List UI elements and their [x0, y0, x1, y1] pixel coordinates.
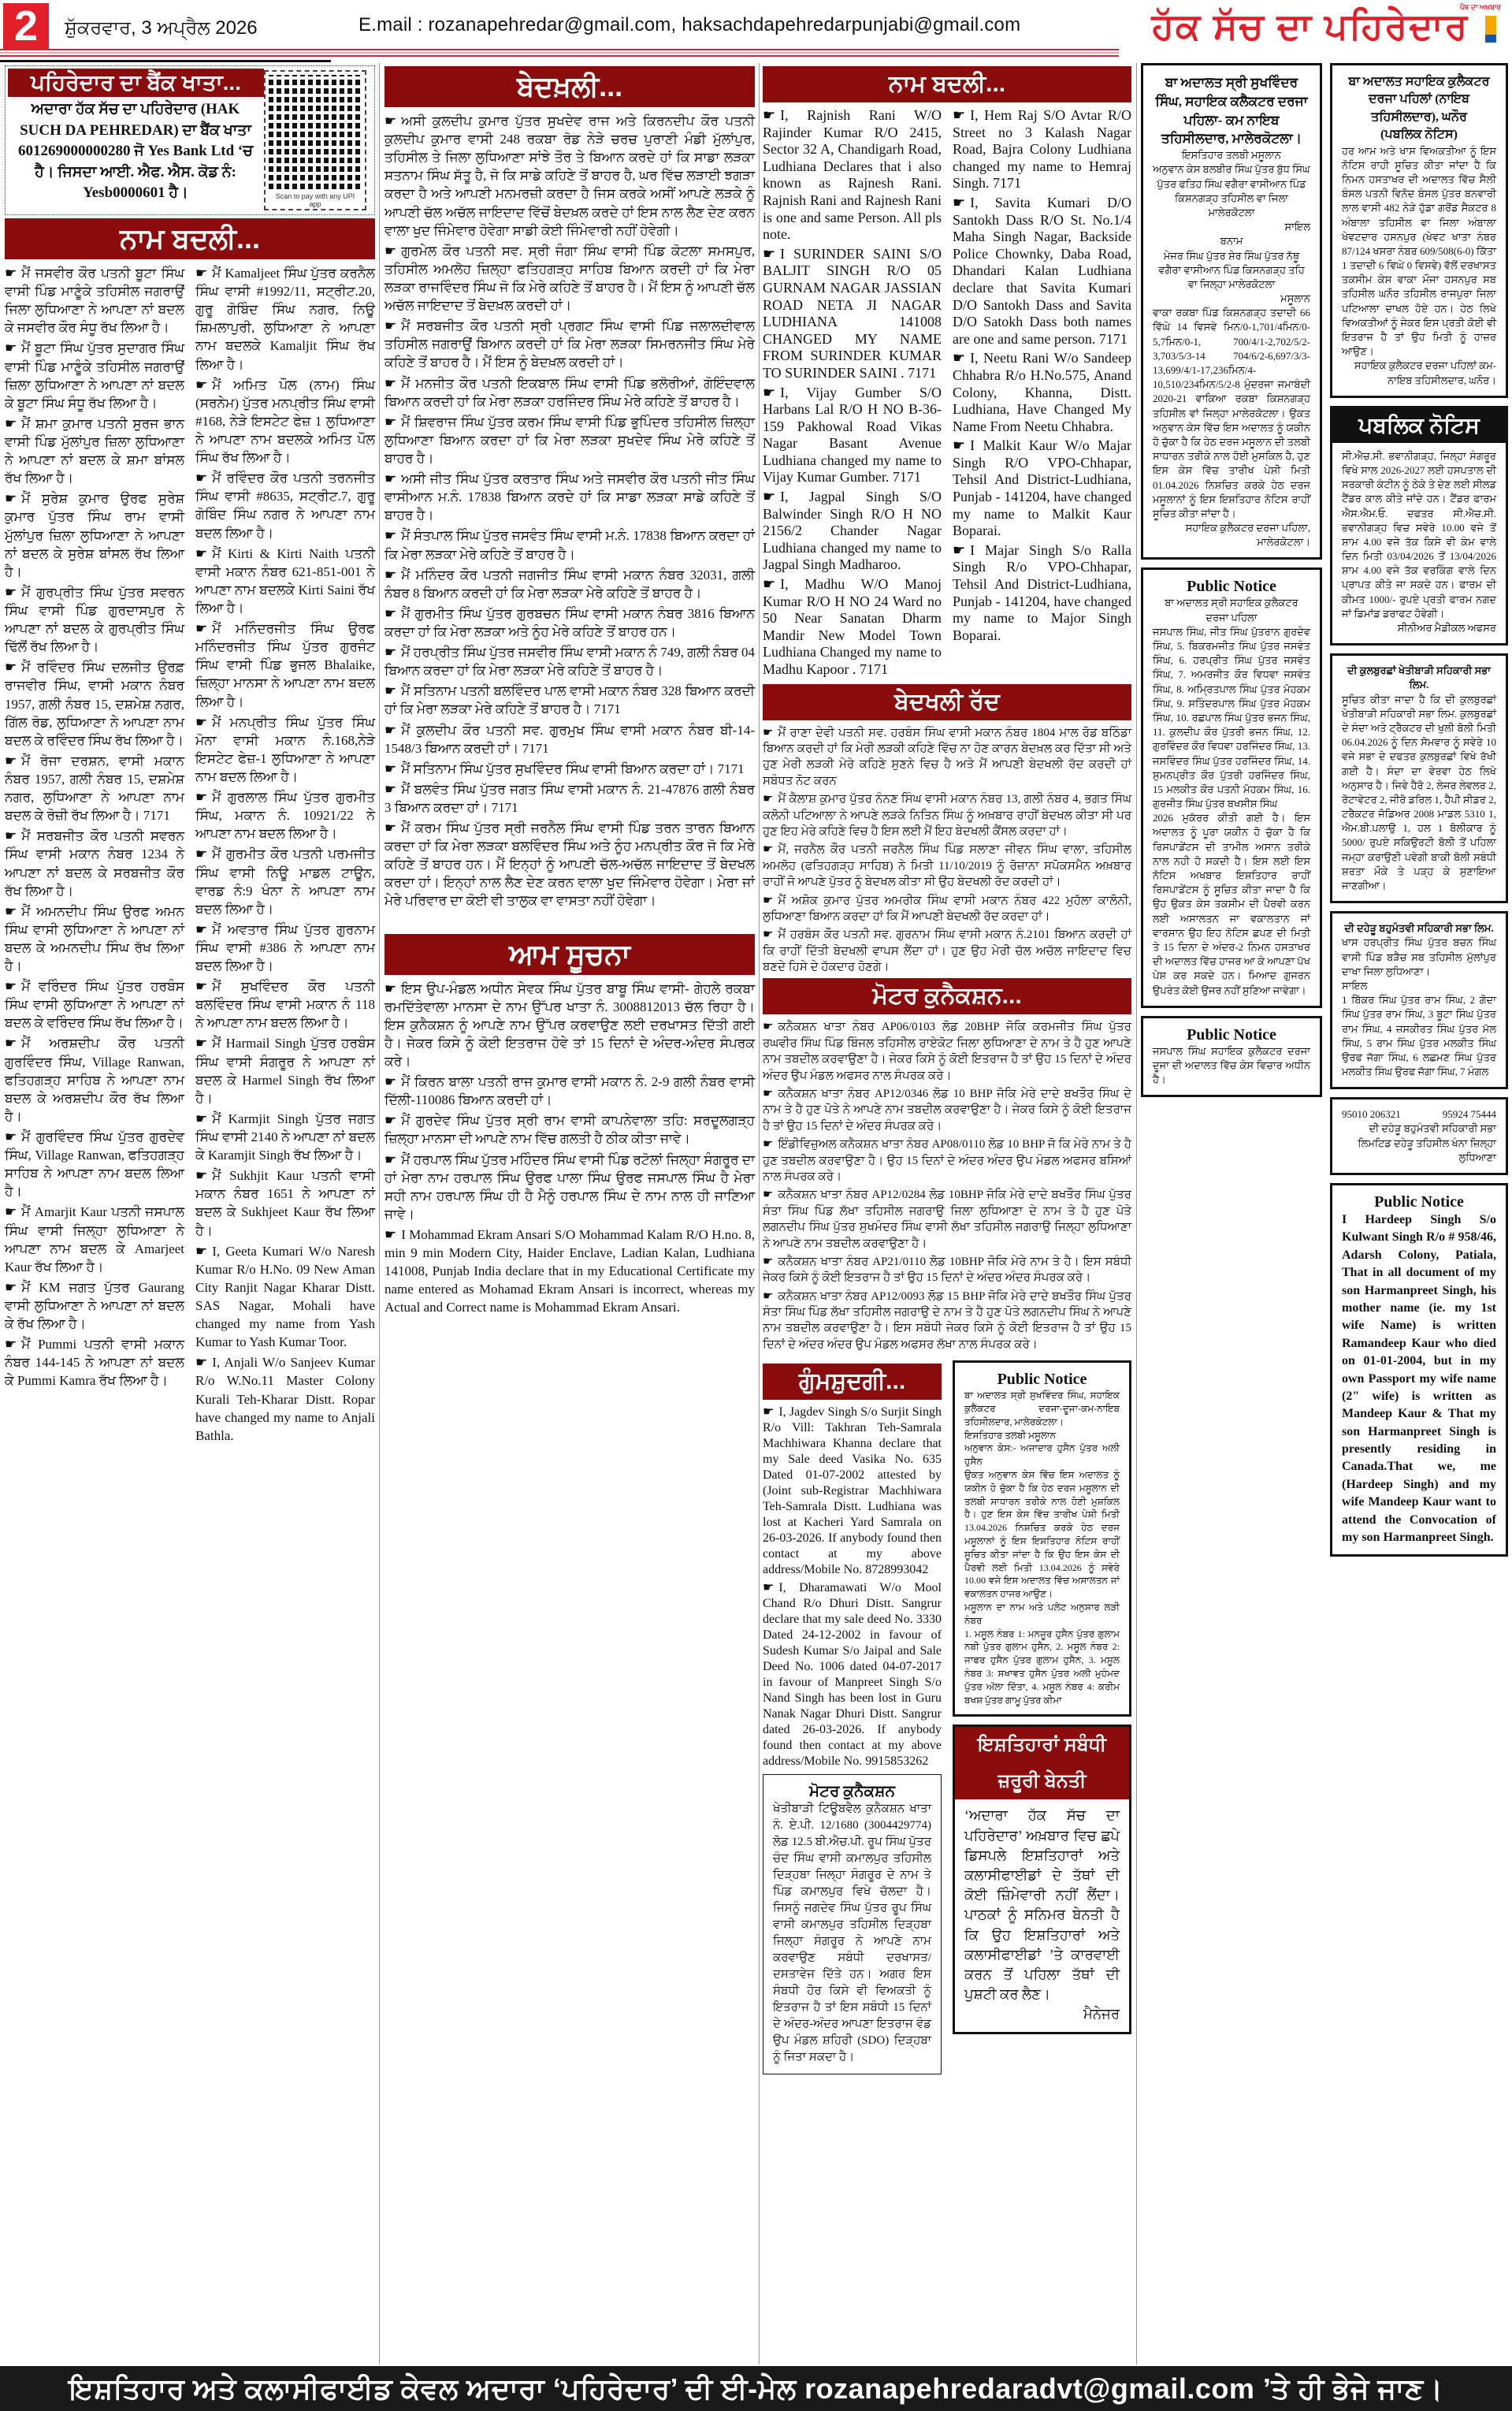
list-item: ☛ਮੈਂ ਗੁਰਲਾਲ ਸਿੰਘ ਪੁੱਤਰ ਗੁਰਮੀਤ ਸਿੰਘ, ਮਕਾਨ… — [195, 788, 375, 843]
name-change-list-left: ☛ਮੈਂ ਜਸਵੀਰ ਕੌਰ ਪਤਨੀ ਬੂਟਾ ਸਿੰਘ ਵਾਸੀ ਪਿੰਡ … — [5, 264, 184, 1447]
list-item: ☛ਮੈਂ ਬੂਟਾ ਸਿੰਘ ਪੁੱਤਰ ਸੁਦਾਗਰ ਸਿੰਘ ਵਾਸੀ ਪਿ… — [5, 339, 184, 411]
motor-connection-notice-box: ਮੋਟਰ ਕੁਨੈਕਸ਼ਨ ਖੇਤੀਬਾੜੀ ਟਿਊਬਵੈਲ ਕੁਨੈਕਸ਼ਨ … — [763, 1774, 942, 2074]
pointing-hand-icon: ☛ — [195, 1168, 207, 1183]
court-notice-malerkotla: ਬਾ ਅਦਾਲਤ ਸ੍ਰੀ ਸੁਖਵਿੰਦਰ ਸਿੰਘ, ਸਹਾਇਕ ਕਲੈਕਟ… — [1141, 63, 1322, 560]
list-item: ☛ਅਸੀ ਜੀਤ ਸਿੰਘ ਪੁੱਤਰ ਕਰਤਾਰ ਸਿੰਘ ਅਤੇ ਜਸਵੀਰ… — [385, 470, 755, 524]
list-item: ☛ਮੈਂ Harmail Singh ਪੁੱਤਰ ਹਰਬੰਸ ਸਿੰਘ ਵਾਸੀ… — [195, 1034, 375, 1107]
item-text: I, Hem Raj S/O Avtar R/O Street no 3 Kal… — [953, 107, 1131, 191]
item-text: I, Savita Kumari D/O Santokh Dass R/O St… — [953, 195, 1131, 347]
item-text: ਮੈਂ ਗੁਰਵਿੰਦਰ ਸਿੰਘ ਪੁੱਤਰ ਗੁਰਦੇਵ ਸਿੰਘ, Vil… — [5, 1129, 184, 1199]
list-item: ☛ਮੈਂ ਸ਼ਮਾ ਕੁਮਾਰ ਪਤਨੀ ਸੁਰਜ ਭਾਨ ਵਾਸੀ ਪਿੰਡ … — [5, 415, 184, 487]
pointing-hand-icon: ☛ — [5, 753, 17, 768]
pointing-hand-icon: ☛ — [763, 843, 773, 856]
notice-case: ਅਨੁਵਾਨ ਕੇਸ ਬਲਬੀਰ ਸਿੰਘ ਪੁੱਤਰ ਬੁੱਧ ਸਿੰਘ ਪੁ… — [1153, 162, 1310, 220]
item-text: I, Jagpal Singh S/O Balwinder Singh R/O … — [763, 489, 942, 572]
notice-line: ਉਕਤ ਅਨੁਵਾਨ ਕੇਸ ਵਿੱਚ ਇਸ ਅਦਾਲਤ ਨੂੰ ਯਕੀਨ ਹੋ… — [964, 1468, 1120, 1601]
list-item: ☛I, Geeta Kumari W/o Naresh Kumar R/o H.… — [195, 1242, 375, 1352]
column-divider — [759, 63, 760, 2364]
pointing-hand-icon: ☛ — [5, 1036, 17, 1051]
auction-notice: ਦੀ ਕੁਲਬੁਰਛਾਂ ਖੇਤੀਬਾੜੀ ਸਹਿਕਾਰੀ ਸਭਾ ਲਿਮ. ਸ… — [1330, 653, 1508, 903]
list-item: ☛I, Jagpal Singh S/O Balwinder Singh R/O… — [763, 489, 942, 574]
list-item: ☛ਕਨੈਕਸ਼ਨ ਖਾਤਾ ਨੰਬਰ AP21/0110 ਲੋਡ 10BHP ਜ… — [763, 1254, 1131, 1286]
item-text: ਮੈਂ ਸੁਖਵਿੰਦਰ ਕੌਰ ਪਤਨੀ ਬਲਵਿੰਦਰ ਸਿੰਘ ਵਾਸੀ … — [195, 979, 375, 1030]
list-item: ☛ਮੈਂ ਰਵਿੰਦਰ ਕੌਰ ਪਤਨੀ ਤਰਨਜੀਤ ਸਿੰਘ ਵਾਸੀ #8… — [195, 469, 375, 541]
list-item: ☛ਇਸ ਉਪ-ਮੰਡਲ ਅਧੀਨ ਸੇਵਕ ਸਿੰਘ ਪੁੱਤਰ ਬਾਬੂ ਸਿ… — [385, 980, 755, 1071]
item-text: ਮੈਂ ਗੁਰਮੀਤ ਸਿੰਘ ਪੁੱਤਰ ਗੁਰਬਚਨ ਸਿੰਘ ਵਾਸੀ ਮ… — [385, 606, 755, 639]
item-text: I, Neetu Rani W/o Sandeep Chhabra R/o H.… — [953, 350, 1131, 433]
item-text: ਮੈਂ ਰਵਿੰਦਰ ਕੌਰ ਪਤਨੀ ਤਰਨਜੀਤ ਸਿੰਘ ਵਾਸੀ #86… — [195, 471, 375, 540]
notice-line: ਮਸੂਲਾਨ ਦਾ ਨਾਮ ਅਤੇ ਪਲੇਟ ਅਨੁਸਾਰ ਲੜੀ ਨੰਬਰ — [964, 1601, 1120, 1628]
item-text: ਕਨੈਕਸ਼ਨ ਖਾਤਾ ਨੰਬਰ AP06/0103 ਲੋਡ 20BHP ਜੋ… — [763, 1021, 1131, 1081]
pointing-hand-icon: ☛ — [385, 1113, 396, 1128]
public-notice-court-2: Public Notice ਜਸਪਾਲ ਸਿੰਘ ਸਹਾਇਕ ਕੁਲੈਕਟਰ ਦ… — [1141, 1016, 1322, 1098]
notice-line: 1. ਮਸੂਲ ਨੰਬਰ 1: ਮਨਜੂਰ ਹੁਸੈਨ ਪੁੱਤਰ ਗੁਲਾਮ … — [964, 1628, 1120, 1707]
pointing-hand-icon: ☛ — [763, 385, 775, 400]
pointing-hand-icon: ☛ — [5, 1337, 17, 1352]
notice-respondents: ਮੇਜਰ ਸਿੰਘ ਪੁੱਤਰ ਸ਼ੇਰ ਸਿੰਘ ਪੁੱਤਰ ਨੱਥੂ ਵਗੈ… — [1153, 249, 1310, 292]
list-item: ☛ਮੈਂ ਅਸ਼ੋਕ ਕੁਮਾਰ ਪੁੱਤਰ ਅਮਰੀਕ ਸਿੰਘ ਵਾਸੀ ਮ… — [763, 893, 1131, 925]
list-item: ☛ਮੈਂ Kamaljeet ਸਿੰਘ ਪੁੱਤਰ ਕਰਨੈਲ ਸਿੰਘ ਵਾਸ… — [195, 264, 375, 374]
pointing-hand-icon: ☛ — [385, 761, 396, 776]
pointing-hand-icon: ☛ — [763, 1581, 774, 1594]
pointing-hand-icon: ☛ — [195, 715, 207, 730]
pointing-hand-icon: ☛ — [5, 660, 17, 675]
notice-line: ਬਾ ਅਦਾਲਤ ਸ੍ਰੀ ਸੁਖਵਿੰਦਰ ਸਿੰਘ, ਸਹਾਇਕ ਕੁਲੈਕ… — [964, 1389, 1120, 1428]
item-text: ਮੈਂ ਕੁਲਦੀਪ ਕੌਰ ਪਤਨੀ ਸਵ. ਗੁਰਮੁਖ ਸਿੰਘ ਵਾਸੀ… — [385, 723, 755, 756]
list-item: ☛I, Savita Kumari D/O Santokh Dass R/O S… — [953, 195, 1131, 348]
khanda-flag-icon — [1485, 16, 1496, 43]
section-header-motor-connection: ਮੋਟਰ ਕੁਨੈਕਸ਼ਨ... — [763, 978, 1131, 1014]
phone-number: 95924 75444 — [1443, 1107, 1496, 1122]
list-item: ☛ਮੈਂ ਹਰਬੰਸ ਕੌਰ ਪਤਨੀ ਸਵ. ਗੁਰਨਾਮ ਸਿੰਘ ਵਾਸੀ… — [763, 927, 1131, 975]
notice-body: ਖਾਸ ਹਰਪ੍ਰੀਤ ਸਿੰਘ ਪੁੱਤਰ ਬਚਨ ਸਿੰਘ ਵਾਸੀ ਪਿੰ… — [1342, 936, 1496, 979]
list-item: ☛ਮੈਂ ਬਲਵੰਤ ਸਿੰਘ ਪੁੱਤਰ ਜਗਤ ਸਿੰਘ ਵਾਸੀ ਮਕਾਨ… — [385, 780, 755, 817]
item-text: ਮੈਂ ਰਵਿੰਦਰ ਸਿੰਘ ਦਲਜੀਤ ਉਰਫ਼ ਰਾਜਵੀਰ ਸਿੰਘ, … — [5, 660, 184, 747]
notice-body: ਵਾਕਾ ਰਕਬਾ ਪਿੰਡ ਕਿਸ਼ਨਗੜ੍ਹ ਤਦਾਦੀ 66 ਵਿੱਘੇ … — [1153, 306, 1310, 521]
list-item: ☛ਮੈਂ ਮਨਿੰਦਰ ਕੌਰ ਪਤਨੀ ਜਗਜੀਤ ਸਿੰਘ ਵਾਸੀ ਮਕਾ… — [385, 566, 755, 602]
pointing-hand-icon: ☛ — [385, 376, 396, 391]
item-text: ਮੈਂ ਮਨਜੀਤ ਕੌਰ ਪਤਨੀ ਇਕਬਾਲ ਸਿੰਘ ਵਾਸੀ ਪਿੰਡ … — [385, 376, 755, 409]
pointing-hand-icon: ☛ — [195, 1244, 207, 1259]
item-text: I, Rajnish Rani W/O Rajinder Kumar R/O 2… — [763, 107, 942, 242]
pointing-hand-icon: ☛ — [5, 828, 17, 843]
item-text: ਮੈਂ ਮਨਪ੍ਰੀਤ ਸਿੰਘ ਪੁੱਤਰ ਸਿੰਘ ਮੋਨਾ ਵਾਸੀ ਮਕ… — [195, 715, 375, 784]
item-text: ਮੈਂ ਸਰਬਜੀਤ ਕੌਰ ਪਤਨੀ ਸਵਰਨ ਸਿੰਘ ਵਾਸੀ ਮਕਾਨ … — [5, 828, 184, 898]
item-text: ਮੈਂ KM ਜਗਤ ਪੁੱਤਰ Gaurang ਵਾਸੀ ਲੁਧਿਆਣਾ ਨੇ… — [5, 1280, 184, 1331]
list-item: ☛ਮੈਂ ਮਨਿੰਦਰਜੀਤ ਸਿੰਘ ਉਰਫ ਮਨਿੰਦਰਜੀਤ ਸਿੰਘ ਪ… — [195, 619, 375, 711]
item-text: ਮੈਂ ਮਨਿੰਦਰ ਕੌਰ ਪਤਨੀ ਜਗਜੀਤ ਸਿੰਘ ਵਾਸੀ ਮਕਾਨ… — [385, 567, 755, 601]
section-header-name-change-en: ਨਾਮ ਬਦਲੀ... — [763, 66, 1131, 102]
column-court-notices-1: ਬਾ ਅਦਾਲਤ ਸ੍ਰੀ ਸੁਖਵਿੰਦਰ ਸਿੰਘ, ਸਹਾਇਕ ਕਲੈਕਟ… — [1141, 63, 1322, 1105]
society-name: ਦੀ ਦਹੇੜੂ ਬਹੁਮੰਤਵੀ ਸਹਿਕਾਰੀ ਸਭਾ ਲਿਮਟਿਡ ਦਹੇ… — [1342, 1122, 1496, 1165]
item-text: ਮੈਂ ਬਲਵੰਤ ਸਿੰਘ ਪੁੱਤਰ ਜਗਤ ਸਿੰਘ ਵਾਸੀ ਮਕਾਨ … — [385, 782, 755, 815]
bank-account-box: ਪਹਿਰੇਦਾਰ ਦਾ ਬੈਂਕ ਖਾਤਾ... ਅਦਾਰਾ ਹੱਕ ਸੱਚ ਦ… — [5, 65, 375, 215]
pointing-hand-icon: ☛ — [385, 683, 396, 698]
list-item: ☛ਮੈਂ ਸਰਬਜੀਤ ਕੌਰ ਪਤਨੀ ਸਵਰਨ ਸਿੰਘ ਵਾਸੀ ਮਕਾਨ… — [5, 827, 184, 899]
item-text: I, Vijay Gumber S/O Harbans Lal R/O H NO… — [763, 385, 942, 486]
pointing-hand-icon: ☛ — [385, 471, 396, 486]
list-item: ☛ਮੈਂ ਕੈਲਾਸ਼ ਕੁਮਾਰ ਪੁੱਤਰ ਨੰਨਣ ਸਿੰਘ ਵਾਸੀ ਮ… — [763, 791, 1131, 839]
item-text: ਮੈਂ ਕੈਲਾਸ਼ ਕੁਮਾਰ ਪੁੱਤਰ ਨੰਨਣ ਸਿੰਘ ਵਾਸੀ ਮਕ… — [763, 793, 1131, 838]
pointing-hand-icon: ☛ — [763, 1088, 773, 1100]
item-text: ਕਨੈਕਸ਼ਨ ਖਾਤਾ ਨੰਬਰ AP12/0346 ਲੋਡ 10 BHP ਜ… — [763, 1088, 1131, 1133]
list-item: ☛ਮੈਂ ਸੁਖਵਿੰਦਰ ਕੌਰ ਪਤਨੀ ਬਲਵਿੰਦਰ ਸਿੰਘ ਵਾਸੀ… — [195, 977, 375, 1032]
item-text: ਮੈਂ ਹਰਬੰਸ ਕੌਰ ਪਤਨੀ ਸਵ. ਗੁਰਨਾਮ ਸਿੰਘ ਵਾਸੀ … — [763, 928, 1131, 973]
pointing-hand-icon: ☛ — [385, 244, 396, 259]
notice-body: ਜਸਪਾਲ ਸਿੰਘ ਸਹਾਇਕ ਕੁਲੈਕਟਰ ਦਰਜਾ ਦੂਜਾ ਦੀ ਅਦ… — [1153, 1044, 1310, 1088]
list-item: ☛ਮੈਂ ਮਨਪ੍ਰੀਤ ਸਿੰਘ ਪੁੱਤਰ ਸਿੰਘ ਮੋਨਾ ਵਾਸੀ ਮ… — [195, 713, 375, 786]
pointing-hand-icon: ☛ — [195, 546, 207, 561]
item-text: ਮੈਂ ਜਸਵੀਰ ਕੌਰ ਪਤਨੀ ਬੂਟਾ ਸਿੰਘ ਵਾਸੀ ਪਿੰਡ ਮ… — [5, 266, 184, 335]
bank-box-title: ਪਹਿਰੇਦਾਰ ਦਾ ਬੈਂਕ ਖਾਤਾ... — [8, 69, 264, 97]
pointing-hand-icon: ☛ — [763, 928, 773, 941]
list-item: ☛I SURINDER SAINI S/O BALJIT SINGH R/O 0… — [763, 246, 942, 382]
list-item: ☛ਕਨੈਕਸ਼ਨ ਖਾਤਾ ਨੰਬਰ AP12/0093 ਲੋਡ 15 BHP … — [763, 1289, 1131, 1353]
notice-subtitle: (ਪਬਲਿਕ ਨੋਟਿਸ) — [1342, 126, 1496, 143]
notice-body: ਹਰ ਆਮ ਅਤੇ ਖਾਸ ਵਿਅਕਤੀਆ ਨੂੰ ਇਸ ਨੋਟਿਸ ਰਾਹੀ … — [1342, 144, 1496, 359]
header-divider — [0, 60, 331, 62]
list-item: ☛ਮੈਂ ਸੁਰੇਸ਼ ਕੁਮਾਰ ਉਰਫ ਸੁਰੇਸ਼ ਕੁਮਾਰ ਪੁੱਤਰ… — [5, 489, 184, 581]
column-court-notices-2: ਬਾ ਅਦਾਲਤ ਸਹਾਇਕ ਕੁਲੈਕਟਰ ਦਰਜਾ ਪਹਿਲਾਂ (ਨਾਇਬ… — [1330, 63, 1508, 1565]
list-item: ☛I Malkit Kaur W/o Majar Singh R/O VPO-C… — [953, 437, 1131, 540]
canteen-tender-notice: ਪਬਲਿਕ ਨੋਟਿਸ ਸੀ.ਐਚ.ਸੀ. ਭਵਾਨੀਗੜ੍ਹ, ਜਿਲ੍ਹਾ … — [1330, 406, 1508, 646]
item-text: ਮੈਂ ਸਰਬਜੀਤ ਕੌਰ ਪਤਨੀ ਸ੍ਰੀ ਪ੍ਰਗਟ ਸਿੰਘ ਵਾਸੀ… — [385, 318, 755, 370]
list-item: ☛I, Madhu W/O Manoj Kumar R/O H NO 24 Wa… — [763, 576, 942, 679]
item-text: ਗੁਰਮੇਲ ਕੌਰ ਪਤਨੀ ਸਵ. ਸ੍ਰੀ ਜੰਗਾ ਸਿੰਘ ਵਾਸੀ … — [385, 244, 755, 313]
public-notice-small: Public Notice ਬਾ ਅਦਾਲਤ ਸ੍ਰੀ ਸੁਖਵਿੰਦਰ ਸਿੰ… — [953, 1360, 1131, 1717]
name-change-en-right: ☛I, Hem Raj S/O Avtar R/O Street no 3 Ka… — [953, 107, 1131, 681]
notice-respondents: 1 ਬਿੱਕਰ ਸਿੰਘ ਪੁੱਤਰ ਰਾਮ ਸਿੰਘ, 2 ਗੋਦਾ ਸਿੰਘ… — [1342, 993, 1496, 1079]
list-item: ☛ਮੈਂ Amarjit Kaur ਪਤਨੀ ਜਸਪਾਲ ਸਿੰਘ ਵਾਸੀ ਜ… — [5, 1203, 184, 1275]
list-item: ☛ਮੈਂ ਅਰਸ਼ਦੀਪ ਕੌਰ ਪਤਨੀ ਗੁਰਵਿੰਦਰ ਸਿੰਘ, Vil… — [5, 1034, 184, 1126]
list-item: ☛I Mohammad Ekram Ansari S/O Mohammad Ka… — [385, 1226, 755, 1317]
pointing-hand-icon: ☛ — [953, 542, 965, 558]
disclaimer-sign: ਮੈਨੇਜਰ — [964, 2004, 1120, 2024]
list-item: ☛ਮੈਂ ਅਵਤਾਰ ਸਿੰਘ ਪੁੱਤਰ ਗੁਰਨਾਮ ਸਿੰਘ ਵਾਸੀ #… — [195, 921, 375, 975]
pointing-hand-icon: ☛ — [385, 723, 396, 738]
item-text: I, Madhu W/O Manoj Kumar R/O H NO 24 War… — [763, 576, 942, 677]
public-notice-small-title: Public Notice — [964, 1371, 1120, 1389]
pointing-hand-icon: ☛ — [763, 793, 773, 806]
section-header-disownment-cancel: ਬੇਦਖਲੀ ਰੱਦ — [763, 684, 1131, 720]
notice-sign: ਸੀਨੀਅਰ ਮੈਡੀਕਲ ਅਫਸਰ — [1342, 621, 1496, 635]
item-text: ਮੈਂ ਬੂਟਾ ਸਿੰਘ ਪੁੱਤਰ ਸੁਦਾਗਰ ਸਿੰਘ ਵਾਸੀ ਪਿੰ… — [5, 340, 184, 410]
item-text: ਮੈਂ ਸ਼ਿਵਰਾਜ ਸਿੰਘ ਪੁੱਤਰ ਕਰਮ ਸਿੰਘ ਵਾਸੀ ਪਿੰ… — [385, 415, 755, 466]
notice-title: Public Notice — [1153, 578, 1310, 596]
item-text: ਕਨੈਕਸ਼ਨ ਖਾਤਾ ਨੰਬਰ AP12/0093 ਲੋਡ 15 BHP ਜ… — [763, 1290, 1131, 1351]
item-text: I, Dharamawati W/o Mool Chand R/o Dhuri … — [763, 1581, 942, 1768]
item-text: ਮੈਂ Pummi ਪਤਨੀ ਵਾਸੀ ਮਕਾਨ ਨੰਬਰ 144-145 ਨੇ… — [5, 1337, 184, 1388]
public-notice-small-body: ਬਾ ਅਦਾਲਤ ਸ੍ਰੀ ਸੁਖਵਿੰਦਰ ਸਿੰਘ, ਸਹਾਇਕ ਕੁਲੈਕ… — [964, 1389, 1120, 1706]
notice-title: ਬਾ ਅਦਾਲਤ ਸ੍ਰੀ ਸੁਖਵਿੰਦਰ ਸਿੰਘ, ਸਹਾਇਕ ਕਲੈਕਟ… — [1153, 73, 1310, 148]
disownment-cancel-list: ☛ਮੈਂ ਰਾਣਾ ਦੇਵੀ ਪਤਨੀ ਸਵ. ਹਰਬੰਸ ਸਿੰਘ ਵਾਸੀ … — [763, 725, 1131, 976]
section-header-disownment: ਬੇਦਖ਼ਲੀ... — [385, 66, 755, 107]
notice-sign: ਸਹਾਇਕ ਕੁਲੈਕਟਰ ਦਰਜਾ ਪਹਿਲਾਂ ਕਮ-ਨਾਇਬ ਤਹਿਸੀਲ… — [1342, 359, 1496, 387]
list-item: ☛ਗੁਰਮੇਲ ਕੌਰ ਪਤਨੀ ਸਵ. ਸ੍ਰੀ ਜੰਗਾ ਸਿੰਘ ਵਾਸੀ… — [385, 242, 755, 314]
item-text: ਮੈਂ Harmail Singh ਪੁੱਤਰ ਹਰਬੰਸ ਸਿੰਘ ਵਾਸੀ … — [195, 1036, 375, 1105]
item-text: ਮੈਂ ਗੁਰਦੇਵ ਸਿੰਘ ਪੁੱਤਰ ਸ੍ਰੀ ਰਾਮ ਵਾਸੀ ਕਾਪਨ… — [385, 1113, 755, 1146]
general-notice-list: ☛ਇਸ ਉਪ-ਮੰਡਲ ਅਧੀਨ ਸੇਵਕ ਸਿੰਘ ਪੁੱਤਰ ਬਾਬੂ ਸਿ… — [385, 980, 755, 1317]
item-text: ਮੈਂ Kirti & Kirti Naith ਪਤਨੀ ਵਾਸੀ ਮਕਾਨ ਨ… — [195, 546, 375, 616]
item-text: I Malkit Kaur W/o Majar Singh R/O VPO-Ch… — [953, 437, 1131, 538]
pointing-hand-icon: ☛ — [195, 378, 207, 393]
pointing-hand-icon: ☛ — [5, 340, 17, 355]
item-text: I SURINDER SAINI S/O BALJIT SINGH R/O 05… — [763, 246, 942, 381]
notice-versus: ਬਨਾਮ — [1153, 234, 1310, 248]
pointing-hand-icon: ☛ — [953, 195, 965, 210]
pointing-hand-icon: ☛ — [195, 266, 207, 281]
pointing-hand-icon: ☛ — [385, 981, 396, 996]
notice-title: ਦੀ ਕੁਲਬੁਰਛਾਂ ਖੇਤੀਬਾੜੀ ਸਹਿਕਾਰੀ ਸਭਾ ਲਿਮ. — [1342, 664, 1496, 692]
list-item: ☛ਮੈਂ ਅਮਿਤ ਪੌਲ (ਨਾਮ) ਸਿੰਘ (ਸਰਨੇਮ) ਪੁੱਤਰ ਮ… — [195, 376, 375, 467]
pointing-hand-icon: ☛ — [953, 107, 965, 123]
list-item: ☛ਮੈਂ, ਜਰਨੈਲ ਕੌਰ ਪਤਨੀ ਜਰਨੈਲ ਸਿੰਘ ਪਿੰਡ ਸਲਾ… — [763, 842, 1131, 890]
list-item: ☛ਮੈਂ Karmjit Singh ਪੁੱਤਰ ਜਗਤ ਸਿੰਘ ਵਾਸੀ 2… — [195, 1110, 375, 1164]
list-item: ☛ਕਨੈਕਸ਼ਨ ਖਾਤਾ ਨੰਬਰ AP12/0346 ਲੋਡ 10 BHP … — [763, 1086, 1131, 1134]
public-notice-hardeep: Public Notice I Hardeep Singh S/o Kulwan… — [1330, 1183, 1508, 1557]
list-item: ☛ਮੈਂ ਵਰਿੰਦਰ ਸਿੰਘ ਪੁੱਤਰ ਹਰਬੰਸ ਸਿੰਘ ਵਾਸੀ ਲ… — [5, 977, 184, 1032]
list-item: ☛ਮੈਂ ਰਵਿੰਦਰ ਸਿੰਘ ਦਲਜੀਤ ਉਰਫ਼ ਰਾਜਵੀਰ ਸਿੰਘ,… — [5, 658, 184, 750]
upi-qr-code[interactable]: Scan to pay with any UPI app — [264, 70, 366, 210]
list-item: ☛I Majar Singh S/o Ralla Singh R/o VPO-C… — [953, 542, 1131, 645]
item-text: ਕਨੈਕਸ਼ਨ ਖਾਤਾ ਨੰਬਰ AP21/0110 ਲੋਡ 10BHP ਜੋ… — [763, 1256, 1131, 1284]
motor-connection-list: ☛ਕਨੈਕਸ਼ਨ ਖਾਤਾ ਨੰਬਰ AP06/0103 ਲੋਡ 20BHP ਜ… — [763, 1019, 1131, 1352]
pointing-hand-icon: ☛ — [5, 416, 17, 431]
pointing-hand-icon: ☛ — [763, 489, 775, 504]
list-item: ☛ਮੈਂ Pummi ਪਤਨੀ ਵਾਸੀ ਮਕਾਨ ਨੰਬਰ 144-145 ਨ… — [5, 1335, 184, 1390]
page-number: 2 — [3, 3, 49, 49]
list-item: ☛I, Rajnish Rani W/O Rajinder Kumar R/O … — [763, 107, 942, 244]
list-item: ☛ਮੈਂ ਸਤਿਨਾਮ ਸਿੰਘ ਪੁੱਤਰ ਸੁਖਵਿੰਦਰ ਸਿੰਘ ਵਾਸ… — [385, 760, 755, 778]
column-name-change-punjabi: ਪਹਿਰੇਦਾਰ ਦਾ ਬੈਂਕ ਖਾਤਾ... ਅਦਾਰਾ ਹੱਕ ਸੱਚ ਦ… — [5, 63, 375, 1447]
phone-number: 95010 206321 — [1342, 1107, 1401, 1122]
list-item: ☛ਮੈਂ Kirti & Kirti Naith ਪਤਨੀ ਵਾਸੀ ਮਕਾਨ … — [195, 545, 375, 617]
notice-title: Public Notice — [1342, 1193, 1496, 1211]
notice-subtitle: ਇਸਤਿਹਾਰ ਤਲਬੀ ਮਸੂਲਾਨ — [1153, 148, 1310, 162]
item-text: ਮੈਂ ਅਮਨਦੀਪ ਸਿੰਘ ਉਰਫ ਅਮਨ ਸਿੰਘ ਵਾਸੀ ਲੁਧਿਆਣ… — [5, 904, 184, 973]
item-text: ਖੇਤੀਬਾੜੀ ਟਿਊਬਵੈਲ ਕੁਨੈਕਸ਼ਨ ਖਾਤਾ ਨੰ. ਏ.ਪੀ.… — [773, 1801, 931, 2066]
list-item: ☛I, Hem Raj S/O Avtar R/O Street no 3 Ka… — [953, 107, 1131, 192]
qr-caption: Scan to pay with any UPI app — [269, 192, 362, 208]
public-notice-court: Public Notice ਬਾ ਅਦਾਲਤ ਸ੍ਰੀ ਸਹਾਇਕ ਕੁਲੈਕਟ… — [1141, 567, 1322, 1007]
list-item: ☛ਮੈਂ ਸਤਿਨਾਮ ਪਤਨੀ ਬਲਵਿੰਦਰ ਪਾਲ ਵਾਸੀ ਮਕਾਨ ਨ… — [385, 682, 755, 718]
pointing-hand-icon: ☛ — [763, 727, 773, 739]
item-text: ਮੈਂ ਅਰਸ਼ਦੀਪ ਕੌਰ ਪਤਨੀ ਗੁਰਵਿੰਦਰ ਸਿੰਘ, Vill… — [5, 1036, 184, 1123]
item-text: ਮੈਂ ਰਾਣਾ ਦੇਵੀ ਪਤਨੀ ਸਵ. ਹਰਬੰਸ ਸਿੰਘ ਵਾਸੀ ਮ… — [763, 727, 1131, 787]
pointing-hand-icon: ☛ — [763, 1290, 773, 1303]
society-notice: 95010 206321 95924 75444 ਦੀ ਦਹੇੜੂ ਬਹੁਮੰਤ… — [1330, 1097, 1508, 1175]
court-notice-mullanpur: ਦੀ ਦਹੇੜੂ ਬਹੁਮੰਤਵੀ ਸਹਿਕਾਰੀ ਸਭਾ ਲਿਮ. ਖਾਸ ਹ… — [1330, 911, 1508, 1089]
item-text: ਮੈਂ ਸ਼ਮਾ ਕੁਮਾਰ ਪਤਨੀ ਸੁਰਜ ਭਾਨ ਵਾਸੀ ਪਿੰਡ ਮ… — [5, 416, 184, 486]
item-text: ਮੈਂ ਅਵਤਾਰ ਸਿੰਘ ਪੁੱਤਰ ਗੁਰਨਾਮ ਸਿੰਘ ਵਾਸੀ #3… — [195, 922, 375, 973]
pointing-hand-icon: ☛ — [763, 1189, 773, 1201]
pointing-hand-icon: ☛ — [385, 1227, 396, 1242]
list-item: ☛ਮੈਂ ਕਰਮ ਸਿੰਘ ਪੁੱਤਰ ਸ੍ਰੀ ਜਰਨੈਲ ਸਿੰਘ ਵਾਸੀ… — [385, 819, 755, 910]
item-text: ਮੈਂ Amarjit Kaur ਪਤਨੀ ਜਸਪਾਲ ਸਿੰਘ ਵਾਸੀ ਜਿ… — [5, 1204, 184, 1274]
item-text: ਕਨੈਕਸ਼ਨ ਖਾਤਾ ਨੰਬਰ AP12/0284 ਲੋਡ 10BHP ਜੋ… — [763, 1189, 1131, 1249]
notice-line: ਅਨੁਵਾਨ ਕੇਸ:- ਅਜਾਦਾਰ ਹੁਸੈਨ ਪੁੱਤਰ ਅਲੀ ਹੁਸੈ… — [964, 1442, 1120, 1468]
pointing-hand-icon: ☛ — [195, 1036, 207, 1051]
pointing-hand-icon: ☛ — [195, 621, 207, 636]
section-header-general-notice: ਆਮ ਸੂਚਨਾ — [385, 934, 755, 975]
pointing-hand-icon: ☛ — [385, 567, 396, 582]
list-item: ☛ਅਸੀ ਕੁਲਦੀਪ ਕੁਮਾਰ ਪੁੱਤਰ ਸੁਖਦੇਵ ਰਾਜ ਅਤੇ ਕ… — [385, 112, 755, 240]
notice-body: I Hardeep Singh S/o Kulwant Singh R/o # … — [1342, 1211, 1496, 1546]
item-text: ਮੈਂ Karmjit Singh ਪੁੱਤਰ ਜਗਤ ਸਿੰਘ ਵਾਸੀ 21… — [195, 1111, 375, 1163]
pointing-hand-icon: ☛ — [195, 979, 207, 994]
pointing-hand-icon: ☛ — [385, 782, 396, 797]
pointing-hand-icon: ☛ — [195, 471, 207, 486]
pointing-hand-icon: ☛ — [763, 895, 773, 907]
motor-box-body: ਖੇਤੀਬਾੜੀ ਟਿਊਬਵੈਲ ਕੁਨੈਕਸ਼ਨ ਖਾਤਾ ਨੰ. ਏ.ਪੀ.… — [773, 1801, 931, 2066]
item-text: ਮੈਂ ਰੋਜਾ ਦਰਸ਼ਨ, ਵਾਸੀ ਮਕਾਨ ਨੰਬਰ 1957, ਗਲੀ… — [5, 753, 184, 823]
item-text: ਮੈਂ ਕਿਰਨ ਬਾਲਾ ਪਤਨੀ ਰਾਜ ਕੁਮਾਰ ਵਾਸੀ ਮਕਾਨ ਨ… — [385, 1074, 755, 1107]
qr-code-icon — [269, 75, 362, 189]
list-item: ☛ਮੈਂ ਰਾਣਾ ਦੇਵੀ ਪਤਨੀ ਸਵ. ਹਰਬੰਸ ਸਿੰਘ ਵਾਸੀ … — [763, 725, 1131, 790]
notice-line: ਇਸਤਿਹਾਰ ਤਲਬੀ ਮਸੂਲਾਨ — [964, 1429, 1120, 1442]
disclaimer-title: ਇਸ਼ਤਿਹਾਰਾਂ ਸਬੰਧੀ ਜ਼ਰੂਰੀ ਬੇਨਤੀ — [955, 1727, 1129, 1799]
pointing-hand-icon: ☛ — [953, 437, 965, 453]
item-text: ਮੈਂ, ਜਰਨੈਲ ਕੌਰ ਪਤਨੀ ਜਰਨੈਲ ਸਿੰਘ ਪਿੰਡ ਸਲਾਣ… — [763, 843, 1131, 888]
list-item: ☛ਮੈਂ ਮਨਜੀਤ ਕੌਰ ਪਤਨੀ ਇਕਬਾਲ ਸਿੰਘ ਵਾਸੀ ਪਿੰਡ… — [385, 374, 755, 411]
list-item: ☛ਮੈਂ ਗੁਰਮੀਤ ਕੌਰ ਪਤਨੀ ਪਰਮਜੀਤ ਸਿੰਘ ਵਾਸੀ ਨਿ… — [195, 845, 375, 917]
list-item: ☛ਮੈਂ ਹਰਪਾਲ ਸਿੰਘ ਪੁੱਤਰ ਮਹਿੰਦਰ ਸਿੰਘ ਵਾਸੀ ਪ… — [385, 1151, 755, 1223]
section-header-name-change: ਨਾਮ ਬਦਲੀ... — [5, 218, 375, 259]
footer-banner: ਇਸ਼ਤਿਹਾਰ ਅਤੇ ਕਲਾਸੀਫਾਈਡ ਕੇਵਲ ਅਦਾਰਾ ‘ਪਹਿਰੇ… — [0, 2366, 1512, 2411]
list-item: ☛ਕਨੈਕਸ਼ਨ ਖਾਤਾ ਨੰਬਰ AP06/0103 ਲੋਡ 20BHP ਜ… — [763, 1019, 1131, 1084]
list-item: ☛I, Jagdev Singh S/o Surjit Singh R/o Vi… — [763, 1405, 942, 1578]
notice-role: ਸਾਇਲ — [1153, 220, 1310, 234]
disclaimer-body: ‘ਅਦਾਰਾ ਹੱਕ ਸੱਚ ਦਾ ਪਹਿਰੇਦਾਰ’ ਅਖ਼ਬਾਰ ਵਿਚ ਛ… — [964, 1806, 1120, 2004]
notice-title: ਦੀ ਦਹੇੜੂ ਬਹੁਮੰਤਵੀ ਸਹਿਕਾਰੀ ਸਭਾ ਲਿਮ. — [1342, 921, 1496, 936]
item-text: ਮੈਂ ਗੁਰਮੀਤ ਕੌਰ ਪਤਨੀ ਪਰਮਜੀਤ ਸਿੰਘ ਵਾਸੀ ਨਿਊ… — [195, 846, 375, 916]
notice-court: ਬਾ ਅਦਾਲਤ ਸ੍ਰੀ ਸਹਾਇਕ ਕੁਲੈਕਟਰ ਦਰਜਾ ਪਹਿਲਾ — [1153, 596, 1310, 624]
list-item: ☛ਇੰਡੀਵਿਜ਼ੁਅਲ ਕਨੈਕਸ਼ਨ ਖਾਤਾ ਨੰਬਰ AP08/0110… — [763, 1137, 1131, 1185]
pointing-hand-icon: ☛ — [763, 1405, 774, 1419]
notice-role: ਮਸੂਲਾਨ — [1153, 292, 1310, 306]
logo-tagline: ਪੰਥ ਦਾ ਅਖ਼ਬਾਰ — [1460, 3, 1501, 12]
list-item: ☛ਮੈਂ ਗੁਰਪ੍ਰੀਤ ਸਿੰਘ ਪੁੱਤਰ ਸਵਰਨ ਸਿੰਘ ਵਾਸੀ … — [5, 583, 184, 656]
pointing-hand-icon: ☛ — [5, 1204, 17, 1219]
notice-role: ਸਾਇਲ — [1342, 979, 1496, 993]
list-item: ☛ਮੈਂ ਸਰਬਜੀਤ ਕੌਰ ਪਤਨੀ ਸ੍ਰੀ ਪ੍ਰਗਟ ਸਿੰਘ ਵਾਸ… — [385, 317, 755, 371]
item-text: I, Anjali W/o Sanjeev Kumar R/o W.No.11 … — [195, 1355, 375, 1442]
issue-date: ਸ਼ੁੱਕਰਵਾਰ, 3 ਅਪ੍ਰੈਲ 2026 — [65, 17, 258, 39]
notice-body: 2026 ਮੁਕੱਰਰ ਕੀਤੀ ਗਈ ਹੈ। ਇਸ ਅਦਾਲਤ ਨੂੰ ਪੂਰ… — [1153, 811, 1310, 997]
item-text: ਮੈਂ ਅਮਿਤ ਪੌਲ (ਨਾਮ) ਸਿੰਘ (ਸਰਨੇਮ) ਪੁੱਤਰ ਮਨ… — [195, 378, 375, 465]
list-item: ☛ਮੈਂ ਹਰਪ੍ਰੀਤ ਸਿੰਘ ਪੁੱਤਰ ਜਸਵੀਰ ਸਿੰਘ ਵਾਸੀ … — [385, 643, 755, 679]
pointing-hand-icon: ☛ — [5, 904, 17, 919]
pointing-hand-icon: ☛ — [5, 1280, 17, 1295]
pointing-hand-icon: ☛ — [763, 246, 775, 262]
item-text: ਮੈਂ ਸੰਤਪਾਲ ਸਿੰਘ ਪੁੱਤਰ ਜਸਵੰਤ ਸਿੰਘ ਵਾਸੀ ਮ.… — [385, 528, 755, 561]
list-item: ☛I, Vijay Gumber S/O Harbans Lal R/O H N… — [763, 385, 942, 487]
pointing-hand-icon: ☛ — [5, 491, 17, 506]
item-text: ਮੈਂ ਸੁਰੇਸ਼ ਕੁਮਾਰ ਉਰਫ ਸੁਰੇਸ਼ ਕੁਮਾਰ ਪੁੱਤਰ … — [5, 491, 184, 579]
list-item: ☛ਮੈਂ ਸ਼ਿਵਰਾਜ ਸਿੰਘ ਪੁੱਤਰ ਕਰਮ ਸਿੰਘ ਵਾਸੀ ਪਿ… — [385, 413, 755, 467]
pointing-hand-icon: ☛ — [763, 1256, 773, 1268]
pointing-hand-icon: ☛ — [195, 846, 207, 861]
item-text: I, Geeta Kumari W/o Naresh Kumar R/o H.N… — [195, 1244, 375, 1350]
pointing-hand-icon: ☛ — [385, 1074, 396, 1089]
bank-box-body: ਅਦਾਰਾ ਹੱਕ ਸੱਚ ਦਾ ਪਹਿਰੇਦਾਰ (HAK SUCH DA P… — [9, 99, 262, 204]
column-disownment: ਬੇਦਖ਼ਲੀ... ☛ਅਸੀ ਕੁਲਦੀਪ ਕੁਮਾਰ ਪੁੱਤਰ ਸੁਖਦੇ… — [385, 63, 755, 1319]
item-text: ਮੈਂ ਗੁਰਲਾਲ ਸਿੰਘ ਪੁੱਤਰ ਗੁਰਮੀਤ ਸਿੰਘ, ਮਕਾਨ … — [195, 790, 375, 841]
pointing-hand-icon: ☛ — [195, 790, 207, 805]
item-text: ਮੈਂ ਹਰਪ੍ਰੀਤ ਸਿੰਘ ਪੁੱਤਰ ਜਸਵੀਰ ਸਿੰਘ ਵਾਸੀ ਮ… — [385, 645, 755, 678]
pointing-hand-icon: ☛ — [763, 107, 775, 123]
pointing-hand-icon: ☛ — [5, 266, 17, 281]
notice-sign: ਸਹਾਇਕ ਕੁਲੈਕਟਰ ਦਰਜਾ ਪਹਿਲਾ, ਮਾਲੇਰਕੋਟਲਾ। — [1153, 521, 1310, 549]
logo-text: ਹੱਕ ਸੱਚ ਦਾ ਪਹਿਰੇਦਾਰ — [1152, 6, 1469, 47]
item-text: I Majar Singh S/o Ralla Singh R/o VPO-Ch… — [953, 542, 1131, 643]
pointing-hand-icon: ☛ — [763, 576, 775, 592]
pointing-hand-icon: ☛ — [385, 820, 396, 835]
name-change-en-left: ☛I, Rajnish Rani W/O Rajinder Kumar R/O … — [763, 107, 942, 681]
disownment-list: ☛ਅਸੀ ਕੁਲਦੀਪ ਕੁਮਾਰ ਪੁੱਤਰ ਸੁਖਦੇਵ ਰਾਜ ਅਤੇ ਕ… — [385, 112, 755, 910]
item-text: ਮੈਂ Kamaljeet ਸਿੰਘ ਪੁੱਤਰ ਕਰਨੈਲ ਸਿੰਘ ਵਾਸੀ… — [195, 266, 375, 372]
item-text: ਮੈਂ ਹਰਪਾਲ ਸਿੰਘ ਪੁੱਤਰ ਮਹਿੰਦਰ ਸਿੰਘ ਵਾਸੀ ਪਿ… — [385, 1152, 755, 1222]
pointing-hand-icon: ☛ — [5, 979, 17, 994]
item-text: I, Jagdev Singh S/o Surjit Singh R/o Vil… — [763, 1405, 942, 1576]
header-rule — [0, 49, 1119, 58]
list-item: ☛ਮੈਂ ਰੋਜਾ ਦਰਸ਼ਨ, ਵਾਸੀ ਮਕਾਨ ਨੰਬਰ 1957, ਗਲ… — [5, 752, 184, 824]
item-text: ਮੈਂ ਸਤਿਨਾਮ ਪਤਨੀ ਬਲਵਿੰਦਰ ਪਾਲ ਵਾਸੀ ਮਕਾਨ ਨੰ… — [385, 683, 755, 716]
pointing-hand-icon: ☛ — [195, 1355, 207, 1370]
motor-box-title: ਮੋਟਰ ਕੁਨੈਕਸ਼ਨ — [773, 1783, 931, 1801]
column-divider — [1136, 63, 1137, 2364]
notice-title: Public Notice — [1153, 1026, 1310, 1044]
list-item: ☛ਮੈਂ ਸੰਤਪਾਲ ਸਿੰਘ ਪੁੱਤਰ ਜਸਵੰਤ ਸਿੰਘ ਵਾਸੀ ਮ… — [385, 526, 755, 563]
notice-body: ਸੀ.ਐਚ.ਸੀ. ਭਵਾਨੀਗੜ੍ਹ, ਜਿਲ੍ਹਾ ਸੰਗਰੂਰ ਵਿਖੇ … — [1342, 449, 1496, 621]
advertisement-disclaimer: ਇਸ਼ਤਿਹਾਰਾਂ ਸਬੰਧੀ ਜ਼ਰੂਰੀ ਬੇਨਤੀ ‘ਅਦਾਰਾ ਹੱਕ… — [953, 1725, 1131, 2034]
item-text: ਮੈਂ ਅਸ਼ੋਕ ਕੁਮਾਰ ਪੁੱਤਰ ਅਮਰੀਕ ਸਿੰਘ ਵਾਸੀ ਮਕ… — [763, 895, 1131, 923]
list-item: ☛ਮੈਂ ਗੁਰਦੇਵ ਸਿੰਘ ਪੁੱਤਰ ਸ੍ਰੀ ਰਾਮ ਵਾਸੀ ਕਾਪ… — [385, 1111, 755, 1148]
column-name-change-english: ਨਾਮ ਬਦਲੀ... ☛I, Rajnish Rani W/O Rajinde… — [763, 63, 1131, 2082]
list-item: ☛I, Anjali W/o Sanjeev Kumar R/o W.No.11… — [195, 1353, 375, 1445]
contact-email: E.mail : rozanapehredar@gmail.com, haksa… — [358, 14, 1020, 36]
column-divider — [379, 63, 380, 2364]
pointing-hand-icon: ☛ — [5, 585, 17, 600]
item-text: ਮੈਂ ਸਤਿਨਾਮ ਸਿੰਘ ਪੁੱਤਰ ਸੁਖਵਿੰਦਰ ਸਿੰਘ ਵਾਸੀ… — [401, 761, 744, 776]
item-text: ਇਸ ਉਪ-ਮੰਡਲ ਅਧੀਨ ਸੇਵਕ ਸਿੰਘ ਪੁੱਤਰ ਬਾਬੂ ਸਿੰ… — [385, 981, 755, 1069]
pointing-hand-icon: ☛ — [195, 1111, 207, 1126]
pointing-hand-icon: ☛ — [385, 415, 396, 430]
list-item: ☛ਮੈਂ ਕੁਲਦੀਪ ਕੌਰ ਪਤਨੀ ਸਵ. ਗੁਰਮੁਖ ਸਿੰਘ ਵਾਸ… — [385, 721, 755, 757]
pointing-hand-icon: ☛ — [385, 318, 396, 333]
pointing-hand-icon: ☛ — [763, 1138, 773, 1151]
notice-title: ਬਾ ਅਦਾਲਤ ਸਹਾਇਕ ਕੁਲੈਕਟਰ ਦਰਜਾ ਪਹਿਲਾਂ (ਨਾਇਬ… — [1342, 73, 1496, 126]
list-item: ☛I, Neetu Rani W/o Sandeep Chhabra R/o H… — [953, 350, 1131, 435]
pointing-hand-icon: ☛ — [385, 1152, 396, 1167]
list-item: ☛ਮੈਂ ਗੁਰਮੀਤ ਸਿੰਘ ਪੁੱਤਰ ਗੁਰਬਚਨ ਸਿੰਘ ਵਾਸੀ … — [385, 605, 755, 641]
item-text: ਮੈਂ ਮਨਿੰਦਰਜੀਤ ਸਿੰਘ ਉਰਫ ਮਨਿੰਦਰਜੀਤ ਸਿੰਘ ਪੁ… — [195, 621, 375, 709]
item-text: ਮੈਂ ਗੁਰਪ੍ਰੀਤ ਸਿੰਘ ਪੁੱਤਰ ਸਵਰਨ ਸਿੰਘ ਵਾਸੀ ਪ… — [5, 585, 184, 654]
item-text: I Mohammad Ekram Ansari S/O Mohammad Kal… — [385, 1227, 755, 1315]
notice-title: ਪਬਲਿਕ ਨੋਟਿਸ — [1332, 408, 1506, 443]
item-text: ਮੈਂ ਕਰਮ ਸਿੰਘ ਪੁੱਤਰ ਸ੍ਰੀ ਜਰਨੈਲ ਸਿੰਘ ਵਾਸੀ … — [385, 820, 755, 908]
pointing-hand-icon: ☛ — [385, 606, 396, 621]
list-item: ☛ਮੈਂ ਅਮਨਦੀਪ ਸਿੰਘ ਉਰਫ ਅਮਨ ਸਿੰਘ ਵਾਸੀ ਲੁਧਿਆ… — [5, 902, 184, 975]
list-item: ☛ਮੈਂ ਜਸਵੀਰ ਕੌਰ ਪਤਨੀ ਬੂਟਾ ਸਿੰਘ ਵਾਸੀ ਪਿੰਡ … — [5, 264, 184, 337]
list-item: ☛ਮੈਂ ਕਿਰਨ ਬਾਲਾ ਪਤਨੀ ਰਾਜ ਕੁਮਾਰ ਵਾਸੀ ਮਕਾਨ … — [385, 1073, 755, 1109]
list-item: ☛ਕਨੈਕਸ਼ਨ ਖਾਤਾ ਨੰਬਰ AP12/0284 ਲੋਡ 10BHP ਜ… — [763, 1187, 1131, 1252]
item-text: ਇੰਡੀਵਿਜ਼ੁਅਲ ਕਨੈਕਸ਼ਨ ਖਾਤਾ ਨੰਬਰ AP08/0110 … — [763, 1138, 1131, 1183]
list-item: ☛ਮੈਂ KM ਜਗਤ ਪੁੱਤਰ Gaurang ਵਾਸੀ ਲੁਧਿਆਣਾ ਨ… — [5, 1278, 184, 1333]
item-text: ਅਸੀ ਜੀਤ ਸਿੰਘ ਪੁੱਤਰ ਕਰਤਾਰ ਸਿੰਘ ਅਤੇ ਜਸਵੀਰ … — [385, 471, 755, 523]
item-text: ਮੈਂ ਵਰਿੰਦਰ ਸਿੰਘ ਪੁੱਤਰ ਹਰਬੰਸ ਸਿੰਘ ਵਾਸੀ ਲੁ… — [5, 979, 184, 1030]
lost-document-list: ☛I, Jagdev Singh S/o Surjit Singh R/o Vi… — [763, 1405, 942, 1769]
